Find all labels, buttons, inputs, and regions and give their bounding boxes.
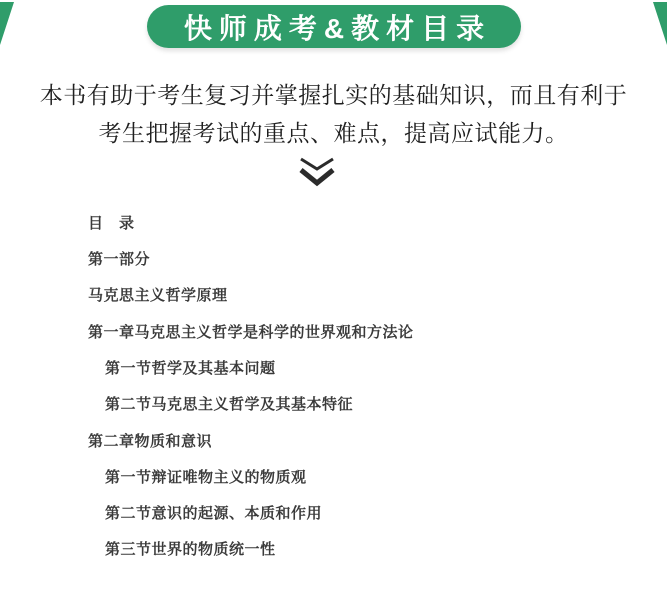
toc-item-ch2-section-3: 第三节世界的物质统一性 xyxy=(105,542,414,558)
intro-line-2: 考生把握考试的重点、难点，提高应试能力。 xyxy=(0,114,667,152)
toc-item-subject: 马克思主义哲学原理 xyxy=(88,288,414,304)
intro-paragraph: 本书有助于考生复习并掌握扎实的基础知识，而且有利于 考生把握考试的重点、难点，提… xyxy=(0,76,667,152)
toc-item-ch1-section-2: 第二节马克思主义哲学及其基本特征 xyxy=(105,397,414,413)
toc-item-ch2-section-1: 第一节辩证唯物主义的物质观 xyxy=(105,470,414,486)
toc-item-chapter-2: 第二章物质和意识 xyxy=(88,434,414,450)
toc-heading: 目 录 xyxy=(88,216,414,232)
double-chevron-down-icon xyxy=(298,157,336,191)
corner-accent-right xyxy=(653,2,667,45)
title-banner: 快师成考&教材目录 xyxy=(147,5,521,48)
toc-item-ch1-section-1: 第一节哲学及其基本问题 xyxy=(105,361,414,377)
toc-item-ch2-section-2: 第二节意识的起源、本质和作用 xyxy=(105,506,414,522)
table-of-contents: 目 录 第一部分 马克思主义哲学原理 第一章马克思主义哲学是科学的世界观和方法论… xyxy=(88,216,414,578)
intro-line-1: 本书有助于考生复习并掌握扎实的基础知识，而且有利于 xyxy=(0,76,667,114)
corner-accent-left xyxy=(0,2,14,45)
toc-item-chapter-1: 第一章马克思主义哲学是科学的世界观和方法论 xyxy=(88,325,414,341)
toc-item-part-1: 第一部分 xyxy=(88,252,414,268)
banner-title: 快师成考&教材目录 xyxy=(177,7,491,47)
